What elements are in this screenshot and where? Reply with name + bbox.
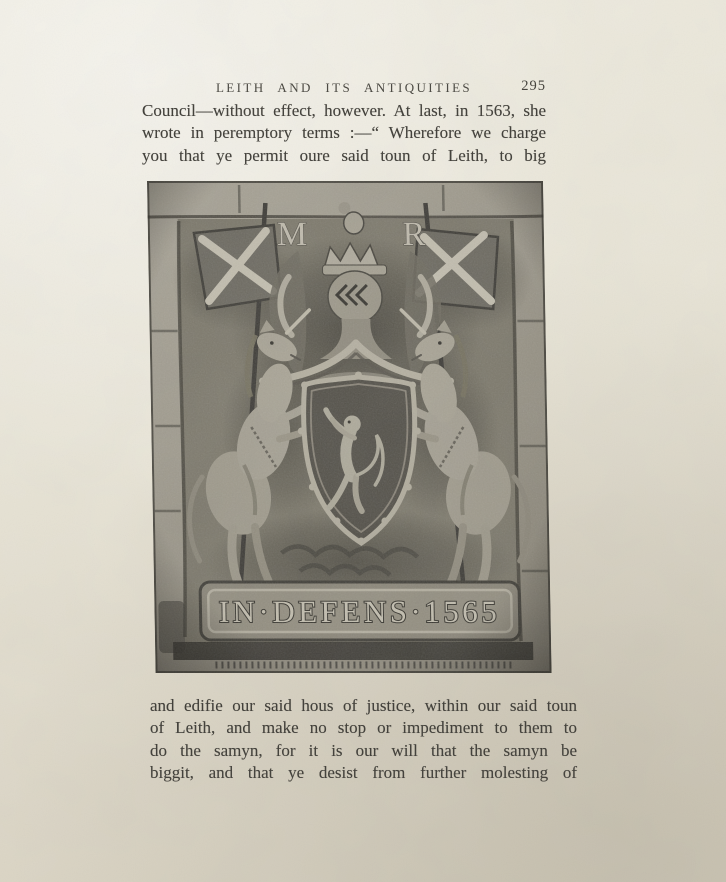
- paragraph-bottom: and edifie our said hous of justice, wit…: [150, 695, 577, 785]
- engraved-plate-royal-arms: M R: [147, 181, 552, 673]
- plate-vignette: [147, 181, 552, 673]
- text-line: Council—without effect, however. At last…: [142, 100, 546, 122]
- paragraph-top: Council—without effect, however. At last…: [142, 100, 546, 167]
- book-page-photo: LEITH AND ITS ANTIQUITIES 295 Council—wi…: [0, 0, 726, 882]
- text-line: biggit, and that ye desist from further …: [150, 762, 577, 784]
- text-line: and edifie our said hous of justice, wit…: [150, 695, 577, 717]
- text-line: you that ye permit oure said toun of Lei…: [142, 145, 546, 167]
- text-line: of Leith, and make no stop or impediment…: [150, 717, 577, 739]
- text-line: wrote in peremptory terms :—“ Wherefore …: [142, 122, 546, 144]
- page-number: 295: [460, 78, 546, 95]
- text-line: do the samyn, for it is our will that th…: [150, 740, 577, 762]
